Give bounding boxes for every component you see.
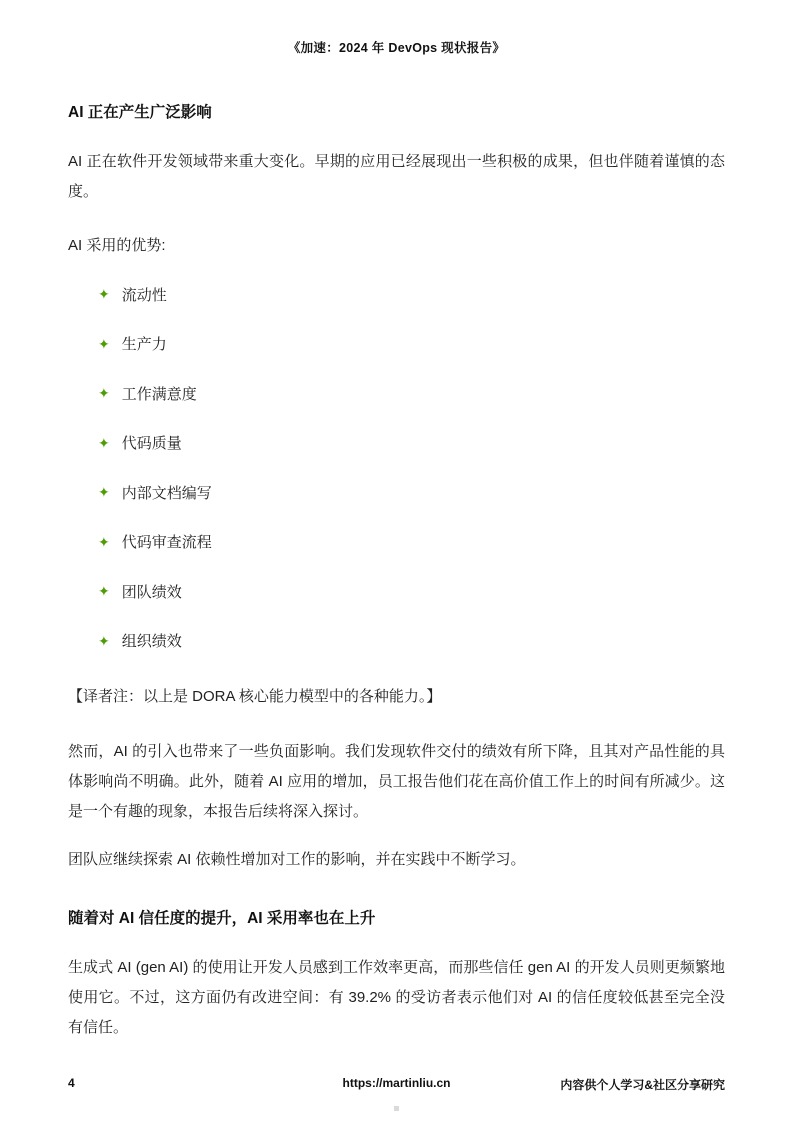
benefit-label: 生产力 (122, 333, 167, 354)
page-header-title: 《加速：2024 年 DevOps 现状报告》 (0, 0, 793, 56)
benefit-label: 代码审查流程 (122, 531, 212, 552)
benefit-label: 代码质量 (122, 432, 182, 453)
paragraph-team-explore: 团队应继续探索 AI 依赖性增加对工作的影响，并在实践中不断学习。 (68, 845, 725, 875)
paragraph-negative-impact: 然而，AI 的引入也带来了一些负面影响。我们发现软件交付的绩效有所下降，且其对产… (68, 737, 725, 827)
star-bullet-icon: ✦ (98, 436, 110, 450)
star-bullet-icon: ✦ (98, 386, 110, 400)
page-bottom-dot-artifact (394, 1106, 399, 1111)
list-item: ✦ 组织绩效 (68, 630, 725, 651)
section-heading-ai-impact: AI 正在产生广泛影响 (68, 100, 725, 122)
star-bullet-icon: ✦ (98, 337, 110, 351)
benefit-label: 工作满意度 (122, 383, 197, 404)
benefit-label: 流动性 (122, 284, 167, 305)
page-footer: 4 https://martinliu.cn 内容供个人学习&社区分享研究 (68, 1076, 725, 1096)
star-bullet-icon: ✦ (98, 584, 110, 598)
paragraph-gen-ai-trust: 生成式 AI (gen AI) 的使用让开发人员感到工作效率更高，而那些信任 g… (68, 953, 725, 1043)
footer-url-link[interactable]: https://martinliu.cn (343, 1076, 451, 1090)
benefit-label: 内部文档编写 (122, 482, 212, 503)
footer-note: 内容供个人学习&社区分享研究 (560, 1076, 725, 1093)
document-page: 《加速：2024 年 DevOps 现状报告》 AI 正在产生广泛影响 AI 正… (0, 0, 793, 1122)
star-bullet-icon: ✦ (98, 535, 110, 549)
star-bullet-icon: ✦ (98, 485, 110, 499)
translator-note: 【译者注：以上是 DORA 核心能力模型中的各种能力。】 (68, 682, 725, 712)
list-item: ✦ 工作满意度 (68, 383, 725, 404)
page-number: 4 (68, 1076, 75, 1090)
list-item: ✦ 流动性 (68, 284, 725, 305)
section-heading-ai-trust: 随着对 AI 信任度的提升，AI 采用率也在上升 (68, 906, 725, 928)
star-bullet-icon: ✦ (98, 287, 110, 301)
benefit-label: 团队绩效 (122, 581, 182, 602)
list-item: ✦ 代码质量 (68, 432, 725, 453)
paragraph-ai-changes: AI 正在软件开发领域带来重大变化。早期的应用已经展现出一些积极的成果，但也伴随… (68, 147, 725, 207)
list-item: ✦ 代码审查流程 (68, 531, 725, 552)
benefits-list-intro: AI 采用的优势: (68, 234, 725, 255)
page-content: AI 正在产生广泛影响 AI 正在软件开发领域带来重大变化。早期的应用已经展现出… (68, 100, 725, 1043)
list-item: ✦ 团队绩效 (68, 581, 725, 602)
benefit-label: 组织绩效 (122, 630, 182, 651)
benefits-list: ✦ 流动性 ✦ 生产力 ✦ 工作满意度 ✦ 代码质量 ✦ 内部文档编写 ✦ 代码… (68, 284, 725, 652)
list-item: ✦ 生产力 (68, 333, 725, 354)
star-bullet-icon: ✦ (98, 634, 110, 648)
list-item: ✦ 内部文档编写 (68, 482, 725, 503)
